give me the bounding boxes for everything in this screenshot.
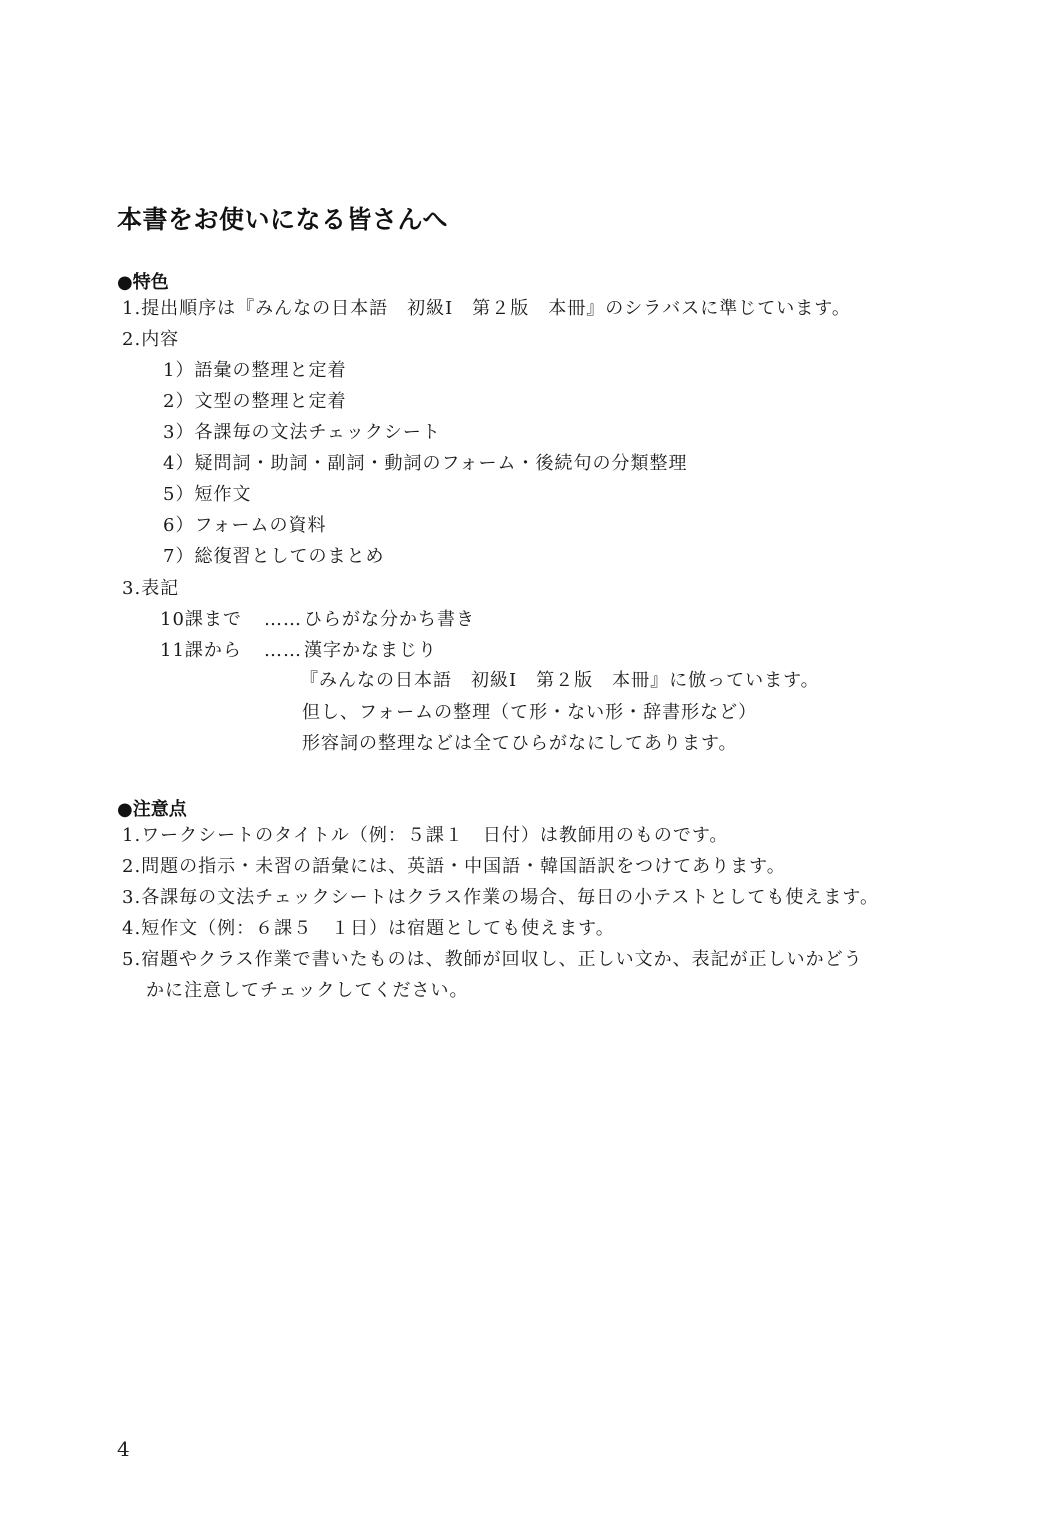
note-item-1: 1.ワークシートのタイトル（例：５課１ 日付）は教師用のものです。 — [122, 825, 728, 847]
content-item-3: 3）各課毎の文法チェックシート — [163, 422, 441, 444]
item-text: 問題の指示・未習の語彙には、英語・中国語・韓国語訳をつけてあります。 — [141, 856, 786, 877]
item-number: 3. — [122, 887, 141, 909]
notation-text: 漢字かなまじり — [304, 640, 437, 661]
item-number: 5） — [163, 484, 194, 506]
item-number: 2） — [163, 391, 194, 413]
item-text: 各課毎の文法チェックシート — [194, 422, 440, 443]
note-item-2: 2.問題の指示・未習の語彙には、英語・中国語・韓国語訳をつけてあります。 — [122, 856, 786, 878]
content-item-5: 5）短作文 — [163, 484, 251, 506]
content-item-6: 6）フォームの資料 — [163, 515, 327, 537]
content-item-4: 4）疑問詞・助詞・副詞・動詞のフォーム・後続句の分類整理 — [163, 453, 688, 475]
item-number: 4. — [122, 918, 141, 940]
item-text: 内容 — [141, 329, 179, 350]
item-number: 4） — [163, 453, 194, 475]
item-number: 3. — [122, 578, 141, 600]
feature-item-2: 2.内容 — [122, 329, 179, 351]
feature-item-3: 3.表記 — [122, 578, 179, 600]
notation-dots: …… — [264, 640, 304, 662]
item-text: 短作文（例：６課５ １日）は宿題としても使えます。 — [141, 918, 615, 939]
content-item-2: 2）文型の整理と定着 — [163, 391, 346, 413]
item-number: 3） — [163, 422, 194, 444]
item-number: 7） — [163, 546, 194, 568]
notation-row-2: 11課から……漢字かなまじり — [160, 640, 437, 662]
item-text: ワークシートのタイトル（例：５課１ 日付）は教師用のものです。 — [141, 825, 728, 846]
section-heading-notes: ●注意点 — [117, 795, 187, 821]
page-number: 4 — [117, 1437, 130, 1461]
item-number: 2. — [122, 856, 141, 878]
notation-note-2: 但し、フォームの整理（て形・ない形・辞書形など） — [302, 702, 757, 724]
notation-note-1: 『みんなの日本語 初級Ⅰ 第２版 本冊』に倣っています。 — [300, 670, 820, 692]
notation-row-1: 10課まで……ひらがな分かち書き — [160, 609, 475, 631]
item-number: 1. — [122, 298, 141, 320]
notation-dots: …… — [264, 609, 304, 631]
item-text: 疑問詞・助詞・副詞・動詞のフォーム・後続句の分類整理 — [194, 453, 687, 474]
item-text: 宿題やクラス作業で書いたものは、教師が回収し、正しい文か、表記が正しいかどう — [141, 949, 862, 970]
item-text: フォームの資料 — [194, 515, 326, 536]
notation-label: 11課から — [160, 640, 264, 662]
item-text: 提出順序は『みんなの日本語 初級Ⅰ 第２版 本冊』のシラバスに準じています。 — [141, 298, 851, 319]
notation-text: ひらがな分かち書き — [304, 609, 475, 630]
item-text: 文型の整理と定着 — [194, 391, 346, 412]
item-number: 2. — [122, 329, 141, 351]
note-item-5: 5.宿題やクラス作業で書いたものは、教師が回収し、正しい文か、表記が正しいかどう — [122, 949, 863, 971]
item-text: 総復習としてのまとめ — [194, 546, 384, 567]
page-title: 本書をお使いになる皆さんへ — [117, 200, 448, 236]
item-number: 1） — [163, 360, 194, 382]
note-item-4: 4.短作文（例：６課５ １日）は宿題としても使えます。 — [122, 918, 615, 940]
feature-item-1: 1.提出順序は『みんなの日本語 初級Ⅰ 第２版 本冊』のシラバスに準じています。 — [122, 298, 851, 320]
content-item-7: 7）総復習としてのまとめ — [163, 546, 384, 568]
section-heading-features: ●特色 — [117, 268, 169, 294]
item-text: 表記 — [141, 578, 179, 599]
notation-note-3: 形容詞の整理などは全てひらがなにしてあります。 — [302, 733, 738, 755]
item-text: 各課毎の文法チェックシートはクラス作業の場合、毎日の小テストとしても使えます。 — [141, 887, 879, 908]
item-number: 1. — [122, 825, 141, 847]
note-item-5-continuation: かに注意してチェックしてください。 — [146, 980, 468, 1002]
item-text: 語彙の整理と定着 — [194, 360, 346, 381]
item-number: 6） — [163, 515, 194, 537]
item-text: 短作文 — [194, 484, 251, 505]
note-item-3: 3.各課毎の文法チェックシートはクラス作業の場合、毎日の小テストとしても使えます… — [122, 887, 879, 909]
notation-label: 10課まで — [160, 609, 264, 631]
item-number: 5. — [122, 949, 141, 971]
content-item-1: 1）語彙の整理と定着 — [163, 360, 346, 382]
